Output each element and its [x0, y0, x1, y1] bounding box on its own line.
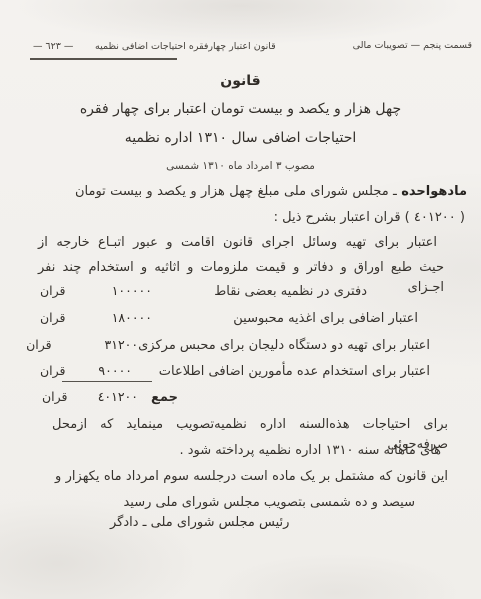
header-page-number: — ٦٢٣ —	[33, 41, 73, 52]
enactment-date: مصوب ٣ امرداد ماه ١٣١٠ شمسی	[0, 160, 481, 172]
scanned-document-page: قسمت پنجم — تصویبات مالی قانون اعتبار چه…	[0, 0, 481, 599]
appropriation-row: دفتری در نظمیه بعضی نقاط ١٠٠٠٠٠ قران	[40, 283, 367, 299]
funding-paragraph-line-2: های ماهانه سنه ١٣١٠ اداره نظمیه پرداخته …	[179, 441, 441, 461]
currency-label: قران	[40, 283, 66, 298]
total-row: جمع ٤٠١٢٠٠ قران	[42, 389, 178, 405]
amount-value: ١٨٠٠٠٠	[112, 310, 152, 325]
appropriation-1-text-line-1: اعتبار برای تهیه وسائل اجرای قانون اقامت…	[38, 233, 437, 253]
amount-value: ٣١٢٠٠	[105, 337, 139, 352]
law-title: قانون	[0, 73, 481, 89]
appropriation-row: اعتبار برای استخدام عده مأمورین اضافی اط…	[40, 363, 430, 379]
signature-line: رئیس مجلس شورای ملی ـ دادگر	[110, 515, 289, 530]
article-line-1: مادهواحده ـ مجلس شورای ملی مبلغ چهل هزار…	[75, 182, 467, 202]
article-text-1: ـ مجلس شورای ملی مبلغ چهل هزار و یکصد و …	[75, 184, 397, 199]
appropriation-label: اعتبار برای استخدام عده مأمورین اضافی اط…	[159, 364, 430, 379]
total-amount: ٤٠١٢٠٠ قران	[42, 389, 138, 404]
appropriation-amount: ٩٠٠٠٠ قران	[40, 363, 132, 378]
ratification-line-2: سیصد و ده شمسی بتصویب مجلس شورای ملی رسی…	[123, 493, 415, 513]
appropriation-row: اعتبار برای تهیه دو دستگاه دلیجان برای م…	[40, 337, 430, 353]
appropriation-label: اعتبار اضافی برای اغذیه محبوسین	[233, 311, 418, 326]
appropriation-amount: ١٨٠٠٠٠ قران	[40, 310, 152, 325]
appropriation-label: دفتری در نظمیه بعضی نقاط	[214, 284, 367, 299]
amount-value: ٩٠٠٠٠	[98, 363, 132, 378]
article-label: مادهواحده	[401, 184, 467, 199]
currency-label: قران	[40, 363, 66, 378]
law-subtitle-line-2: احتیاجات اضافی سال ١٣١٠ اداره نظمیه	[0, 130, 481, 146]
law-subtitle-line-1: چهل هزار و یکصد و بیست تومان اعتبار برای…	[0, 101, 481, 117]
article-line-2: ( ٤٠١٢٠٠ ) قران اعتبار بشرح ذیل :	[274, 208, 465, 228]
appropriation-amount: ١٠٠٠٠٠ قران	[40, 283, 152, 298]
currency-label: قران	[42, 389, 68, 404]
currency-label: قران	[26, 337, 52, 352]
amount-value: ١٠٠٠٠٠	[112, 283, 152, 298]
currency-label: قران	[40, 310, 66, 325]
ratification-line-1: این قانون که مشتمل بر یک ماده است درجلسه…	[55, 467, 448, 487]
appropriation-amount: ٣١٢٠٠ قران	[26, 337, 138, 352]
total-label: جمع	[151, 390, 178, 405]
amount-value: ٤٠١٢٠٠	[98, 389, 138, 404]
appropriation-row: اعتبار اضافی برای اغذیه محبوسین ١٨٠٠٠٠ ق…	[40, 310, 418, 326]
header-rule	[30, 58, 177, 60]
sum-rule	[62, 381, 152, 382]
appropriation-label: اعتبار برای تهیه دو دستگاه دلیجان برای م…	[138, 338, 430, 353]
header-section-label: قسمت پنجم — تصویبات مالی	[353, 40, 472, 51]
header-running-title: قانون اعتبار چهارفقره احتیاجات اضافی نظم…	[95, 41, 276, 52]
